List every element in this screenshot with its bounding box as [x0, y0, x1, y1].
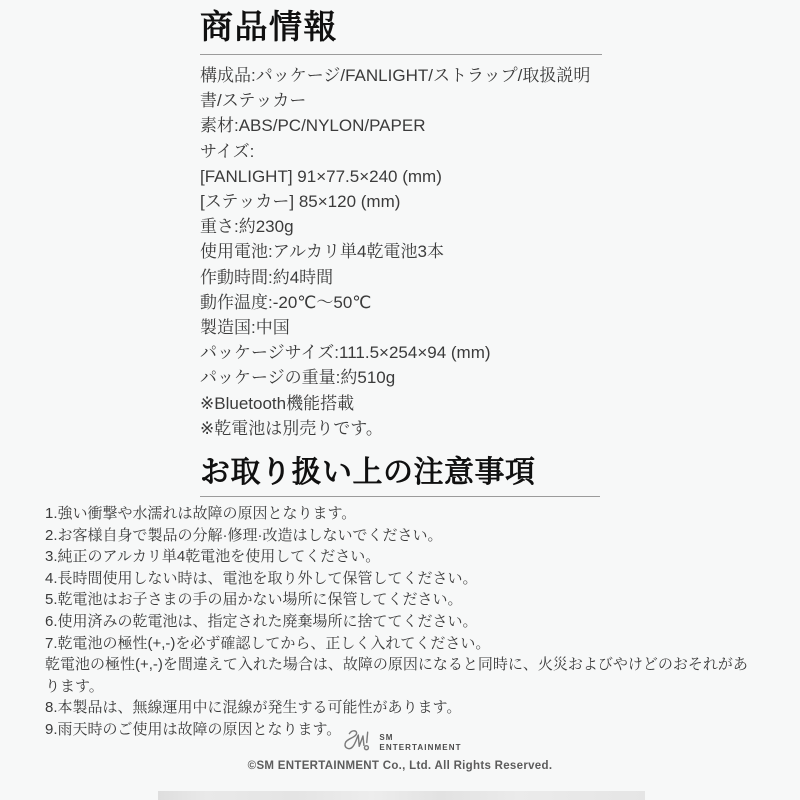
spec-line-fanlight-size: [FANLIGHT] 91×77.5×240 (mm) [200, 164, 602, 189]
sm-logo-wordmark-bottom: ENTERTAINMENT [379, 743, 461, 753]
spec-line-weight: 重さ:約230g [200, 214, 602, 239]
precautions-title: お取り扱い上の注意事項 [200, 447, 536, 491]
spec-line-battery-note: ※乾電池は別売りです。 [200, 416, 602, 441]
product-info-title: 商品情報 [200, 8, 602, 46]
product-info-lines: 構成品:パッケージ/FANLIGHT/ストラップ/取扱説明書/ステッカー 素材:… [200, 63, 602, 441]
sm-logo-wordmark: SM ENTERTAINMENT [379, 728, 461, 752]
product-info-section: 商品情報 構成品:パッケージ/FANLIGHT/ストラップ/取扱説明書/ステッカ… [200, 8, 602, 441]
spec-line-components: 構成品:パッケージ/FANLIGHT/ストラップ/取扱説明書/ステッカー [200, 63, 602, 113]
precaution-item: 1.強い衝撃や水濡れは故障の原因となります。 [45, 503, 758, 525]
spec-line-sticker-size: [ステッカー] 85×120 (mm) [200, 189, 602, 214]
precaution-item: 3.純正のアルカリ単4乾電池を使用してください。 [45, 546, 758, 568]
spec-line-temperature: 動作温度:-20℃〜50℃ [200, 290, 602, 315]
precaution-item: 5.乾電池はお子さまの手の届かない場所に保管してください。 [45, 589, 758, 611]
spec-line-size-label: サイズ: [200, 139, 602, 164]
spec-line-package-size: パッケージサイズ:111.5×254×94 (mm) [200, 340, 602, 365]
copyright-text: ©SM ENTERTAINMENT Co., Ltd. All Rights R… [0, 760, 800, 772]
product-info-divider [200, 54, 602, 55]
precaution-item: 2.お客様自身で製品の分解·修理·改造はしないでください。 [45, 525, 758, 547]
spec-line-country: 製造国:中国 [200, 315, 602, 340]
spec-line-battery: 使用電池:アルカリ単4乾電池3本 [200, 239, 602, 264]
spec-line-runtime: 作動時間:約4時間 [200, 265, 602, 290]
precaution-item: 7.乾電池の極性(+,-)を必ず確認してから、正しく入れてください。 [45, 633, 758, 655]
precaution-item: 8.本製品は、無線運用中に混線が発生する可能性があります。 [45, 697, 758, 719]
precaution-item: 6.使用済みの乾電池は、指定された廃棄場所に捨ててください。 [45, 611, 758, 633]
precaution-item-continuation: 乾電池の極性(+,-)を間違えて入れた場合は、故障の原因になると同時に、火災およ… [45, 654, 758, 697]
sm-logo-wordmark-top: SM [379, 733, 461, 743]
spec-line-bluetooth-note: ※Bluetooth機能搭載 [200, 391, 602, 416]
spec-line-material: 素材:ABS/PC/NYLON/PAPER [200, 113, 602, 138]
precautions-list: 1.強い衝撃や水濡れは故障の原因となります。 2.お客様自身で製品の分解·修理·… [45, 503, 758, 741]
precautions-divider [200, 496, 600, 497]
product-description-page: 商品情報 構成品:パッケージ/FANLIGHT/ストラップ/取扱説明書/ステッカ… [0, 0, 800, 800]
sm-monogram-icon [338, 728, 372, 758]
sm-entertainment-logo: SM ENTERTAINMENT [0, 728, 800, 758]
precaution-item: 4.長時間使用しない時は、電池を取り外して保管してください。 [45, 568, 758, 590]
spec-line-package-weight: パッケージの重量:約510g [200, 365, 602, 390]
next-image-top-edge [158, 791, 645, 800]
